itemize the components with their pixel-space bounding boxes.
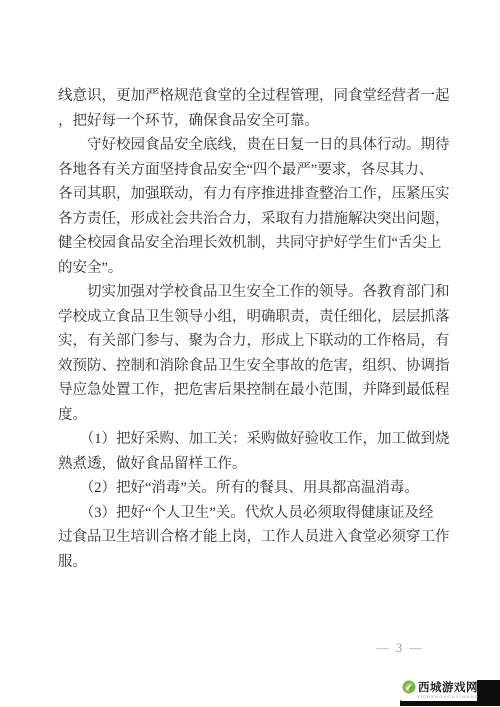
document-text: 线意识，更加严格规范食堂的全过程管理，同食堂经营者一起，把好每一个环节，确保食品… <box>58 84 452 574</box>
watermark-card: 西城游戏网 XICHENGYOUXIWANG <box>400 678 477 701</box>
paragraph: （2）把好“消毒”关。所有的餐具、用具都高温消毒。 <box>58 476 452 501</box>
text-line: 导应急处置工作，把危害后果控制在最小范围，并降到最低程 <box>58 378 452 403</box>
text-line: （2）把好“消毒”关。所有的餐具、用具都高温消毒。 <box>58 476 452 501</box>
paragraph: 守好校园食品安全底线，贵在日复一日的具体行动。期待各地各有关方面坚持食品安全“四… <box>58 133 452 280</box>
paragraph: 切实加强对学校食品卫生安全工作的领导。各教育部门和学校成立食品卫生领导小组，明确… <box>58 280 452 427</box>
text-line: 各地各有关方面坚持食品安全“四个最严”要求，各尽其力、 <box>58 158 452 183</box>
text-line: 线意识，更加严格规范食堂的全过程管理，同食堂经营者一起 <box>58 84 452 109</box>
document-page: 线意识，更加严格规范食堂的全过程管理，同食堂经营者一起，把好每一个环节，确保食品… <box>0 0 500 707</box>
watermark-subtext: XICHENGYOUXIWANG <box>417 694 477 700</box>
text-line: 守好校园食品安全底线，贵在日复一日的具体行动。期待 <box>58 133 452 158</box>
paragraph: （3）把好“个人卫生”关。代炊人员必须取得健康证及经过食品卫生培训合格才能上岗，… <box>58 501 452 575</box>
text-line: 实，有关部门参与、聚为合力，形成上下联动的工作格局，有 <box>58 329 452 354</box>
text-line: 各司其职，加强联动，有力有序推进排查整治工作，压紧压实 <box>58 182 452 207</box>
text-line: 切实加强对学校食品卫生安全工作的领导。各教育部门和 <box>58 280 452 305</box>
text-line: 各方责任，形成社会共治合力，采取有力措施解决突出问题， <box>58 207 452 232</box>
text-line: （1）把好采购、加工关：采购做好验收工作，加工做到烧 <box>58 427 452 452</box>
text-line: 过食品卫生培训合格才能上岗，工作人员进入食堂必须穿工作 <box>58 525 452 550</box>
watermark-title: 西城游戏网 <box>418 679 478 695</box>
text-line: 健全校园食品安全治理长效机制，共同守护好学生们“舌尖上 <box>58 231 452 256</box>
text-line: 熟煮透，做好食品留样工作。 <box>58 452 452 477</box>
watermark: 西城游戏网 XICHENGYOUXIWANG <box>400 678 500 707</box>
paragraph: 线意识，更加严格规范食堂的全过程管理，同食堂经营者一起，把好每一个环节，确保食品… <box>58 84 452 133</box>
text-line: 服。 <box>58 550 452 575</box>
text-line: 度。 <box>58 403 452 428</box>
watermark-row: 西城游戏网 <box>402 679 477 694</box>
text-line: 学校成立食品卫生领导小组，明确职责，责任细化，层层抓落 <box>58 305 452 330</box>
leaf-swirl-icon <box>402 680 416 694</box>
text-line: ，把好每一个环节，确保食品安全可靠。 <box>58 109 452 134</box>
text-line: 效预防、控制和消除食品卫生安全事故的危害，组织、协调指 <box>58 354 452 379</box>
text-line: （3）把好“个人卫生”关。代炊人员必须取得健康证及经 <box>58 501 452 526</box>
paragraph: （1）把好采购、加工关：采购做好验收工作，加工做到烧熟煮透，做好食品留样工作。 <box>58 427 452 476</box>
text-line: 的安全”。 <box>58 256 452 281</box>
page-number: — 3 — <box>370 641 430 656</box>
